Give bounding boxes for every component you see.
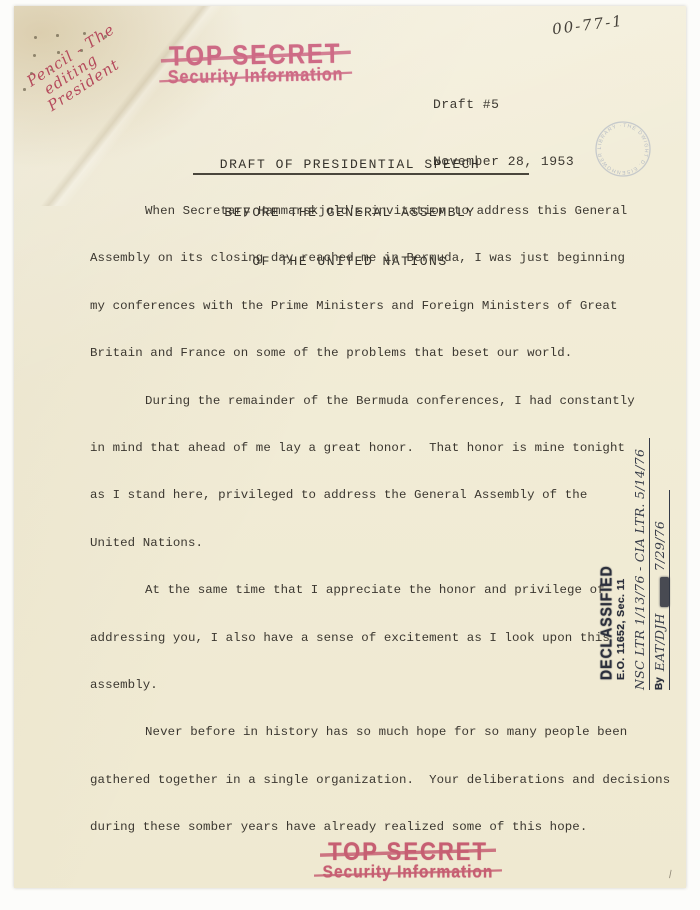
body-line: Never before in history has so much hope… bbox=[90, 724, 670, 771]
by-label: By bbox=[651, 677, 669, 690]
security-information-text: Security Information bbox=[323, 863, 494, 884]
top-secret-stamp-header: TOP SECRET Security Information bbox=[118, 42, 394, 89]
declassified-label: DECLASSIFIED bbox=[597, 438, 616, 690]
handwritten-date: 7/29/76 bbox=[651, 521, 669, 571]
title-line-1: DRAFT OF PRESIDENTIAL SPEECH bbox=[0, 157, 700, 173]
hole bbox=[56, 34, 59, 37]
speech-body: When Secretary Hammarskjold's invitation… bbox=[90, 203, 670, 866]
body-line: addressing you, I also have a sense of e… bbox=[90, 630, 670, 677]
executive-order-label: E.O. 11652, Sec. 11 bbox=[614, 438, 628, 690]
handwritten-initials: EAT/DJH bbox=[651, 613, 669, 671]
hole bbox=[23, 88, 26, 91]
body-line: my conferences with the Prime Ministers … bbox=[90, 298, 670, 345]
body-line: gathered together in a single organizati… bbox=[90, 772, 670, 819]
top-secret-stamp-footer: TOP SECRET Security Information bbox=[308, 840, 508, 882]
declassification-stamp: DECLASSIFIED E.O. 11652, Sec. 11 NSC LTR… bbox=[597, 438, 670, 690]
body-line: Assembly on its closing day reached me i… bbox=[90, 250, 670, 297]
body-line: During the remainder of the Bermuda conf… bbox=[90, 393, 670, 440]
body-line: in mind that ahead of me lay a great hon… bbox=[90, 440, 670, 487]
title-underline bbox=[193, 173, 529, 175]
draft-number: Draft #5 bbox=[433, 95, 574, 114]
body-line: as I stand here, privileged to address t… bbox=[90, 487, 670, 534]
top-secret-text: TOP SECRET bbox=[328, 838, 488, 864]
body-line: When Secretary Hammarskjold's invitation… bbox=[90, 203, 670, 250]
hole bbox=[33, 54, 36, 57]
security-information-text: Security Information bbox=[168, 65, 344, 89]
handwritten-authority-refs: NSC LTR 1/13/76 - CIA LTR. 5/14/76 bbox=[630, 438, 650, 690]
by-date-row: By EAT/DJH 7/29/76 bbox=[651, 490, 670, 690]
body-line: United Nations. bbox=[90, 535, 670, 582]
hole bbox=[34, 36, 37, 39]
body-line: At the same time that I appreciate the h… bbox=[90, 582, 670, 629]
body-line: Britain and France on some of the proble… bbox=[90, 345, 670, 392]
body-line: assembly. bbox=[90, 677, 670, 724]
date-label-smudge-icon bbox=[660, 577, 669, 607]
scanned-document-page: { "page": { "doc_number": "00-77-1", "pe… bbox=[0, 0, 700, 910]
